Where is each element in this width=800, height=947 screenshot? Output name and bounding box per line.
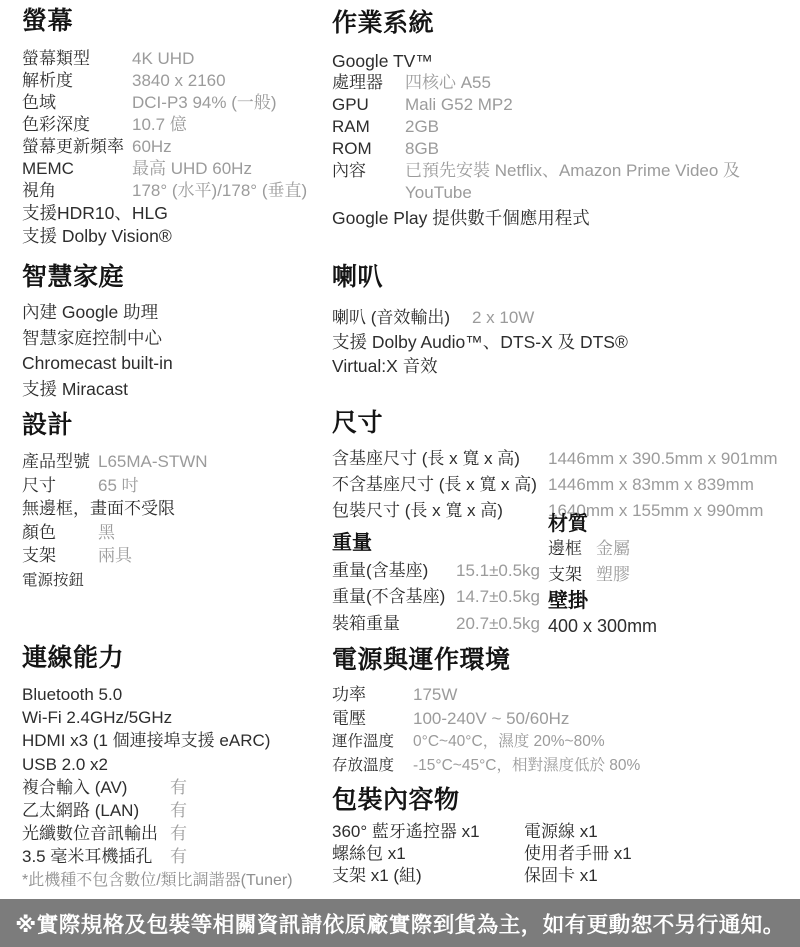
section-screen: 螢幕 螢幕類型 4K UHD 解析度 3840 x 2160 色域 DCI-P3… (22, 6, 327, 248)
spec-label: 色彩深度 (22, 114, 132, 136)
spec-value: 10.7 億 (132, 114, 187, 136)
spec-label: 電壓 (332, 707, 413, 731)
wall-mount-value: 400 x 300mm (548, 613, 794, 639)
table-row: 顏色 黑 (22, 521, 327, 545)
section-weight-title: 重量 (332, 530, 547, 556)
table-row: 產品型號 L65MA-STWN (22, 450, 327, 474)
table-row: ROM 8GB (332, 138, 794, 160)
section-material: 材質 邊框 金屬 支架 塑膠 壁掛 400 x 300mm (548, 512, 794, 639)
spec-label: GPU (332, 94, 405, 116)
table-row: 喇叭 (音效輸出) 2 x 10W (332, 306, 794, 330)
spec-value: 四核心 A55 (405, 72, 491, 94)
section-package: 包裝內容物 360° 藍牙遙控器 x1 電源線 x1 螺絲包 x1 使用者手冊 … (332, 785, 797, 886)
package-item: 360° 藍牙遙控器 x1 (332, 821, 524, 843)
package-item: 螺絲包 x1 (332, 843, 524, 865)
section-power-title: 電源與運作環境 (332, 645, 800, 675)
spec-value: 有 (170, 845, 187, 868)
spec-line: 支援 Miracast (22, 377, 327, 403)
spec-value: 4K UHD (132, 48, 194, 70)
spec-value: DCI-P3 94% (一般) (132, 92, 277, 114)
section-connectivity-title: 連線能力 (22, 643, 334, 673)
spec-label: 視角 (22, 180, 132, 202)
spec-label: 顏色 (22, 521, 98, 545)
spec-value: 100-240V ~ 50/60Hz (413, 707, 569, 731)
spec-value: 15.1±0.5kg (456, 558, 540, 584)
spec-value: 14.7±0.5kg (456, 584, 540, 610)
spec-value: L65MA-STWN (98, 450, 208, 474)
spec-line: 智慧家庭控制中心 (22, 326, 327, 352)
disclaimer-text: ※實際規格及包裝等相關資訊請依原廠實際到貨為主，如有更動恕不另行通知。 (15, 908, 784, 939)
spec-value: 有 (170, 822, 187, 845)
spec-value: 金屬 (596, 536, 630, 562)
spec-value: 2GB (405, 116, 439, 138)
table-row: 功率 175W (332, 683, 800, 707)
table-row: 內容 已預先安裝 Netflix、Amazon Prime Video 及 Yo… (332, 160, 794, 204)
spec-label: MEMC (22, 158, 132, 180)
disclaimer-bar: ※實際規格及包裝等相關資訊請依原廠實際到貨為主，如有更動恕不另行通知。 (0, 899, 800, 947)
section-os: 作業系統 Google TV™ 處理器 四核心 A55 GPU Mali G52… (332, 8, 794, 230)
spec-line: Chromecast built-in (22, 351, 327, 377)
spec-value: 60Hz (132, 136, 172, 158)
spec-label: 不含基座尺寸 (長 x 寬 x 高) (332, 472, 548, 498)
table-row: 裝箱重量 20.7±0.5kg (332, 611, 547, 637)
table-row: 重量(不含基座) 14.7±0.5kg (332, 584, 547, 610)
table-row: 色彩深度 10.7 億 (22, 114, 327, 136)
section-speaker: 喇叭 喇叭 (音效輸出) 2 x 10W 支援 Dolby Audio™、DTS… (332, 262, 794, 378)
section-smart-home-title: 智慧家庭 (22, 262, 327, 292)
spec-value: 8GB (405, 138, 439, 160)
table-row: 電壓 100-240V ~ 50/60Hz (332, 707, 800, 731)
spec-label: 邊框 (548, 536, 596, 562)
spec-value: 1446mm x 390.5mm x 901mm (548, 446, 778, 472)
spec-label: 喇叭 (音效輸出) (332, 306, 472, 330)
section-connectivity: 連線能力 Bluetooth 5.0 Wi-Fi 2.4GHz/5GHz HDM… (22, 643, 334, 893)
spec-line: 內建 Google 助理 (22, 300, 327, 326)
spec-label: 解析度 (22, 70, 132, 92)
table-row: 重量(含基座) 15.1±0.5kg (332, 558, 547, 584)
spec-value: 2 x 10W (472, 306, 534, 330)
spec-label: 運作溫度 (332, 730, 413, 754)
spec-label: 複合輸入 (AV) (22, 776, 170, 799)
spec-value: 已預先安裝 Netflix、Amazon Prime Video 及 YouTu… (405, 160, 794, 204)
package-item: 支架 x1 (組) (332, 865, 524, 887)
spec-value: 黑 (98, 521, 115, 545)
spec-value: 0°C~40°C，濕度 20%~80% (413, 730, 605, 754)
spec-label: 支架 (22, 544, 98, 568)
spec-value: 20.7±0.5kg (456, 611, 540, 637)
spec-line: 支援HDR10、HLG (22, 202, 327, 225)
table-row: 螢幕更新頻率 60Hz (22, 136, 327, 158)
section-wall-mount-title: 壁掛 (548, 589, 794, 613)
table-row: 存放溫度 -15°C~45°C，相對濕度低於 80% (332, 754, 800, 778)
spec-value: 175W (413, 683, 457, 707)
spec-label: RAM (332, 116, 405, 138)
table-row: 乙太網路 (LAN) 有 (22, 799, 334, 822)
spec-label: 螢幕類型 (22, 48, 132, 70)
spec-value: Mali G52 MP2 (405, 94, 513, 116)
spec-line: 電源按鈕 (22, 568, 327, 593)
spec-value: 有 (170, 799, 187, 822)
spec-line: Virtual:X 音效 (332, 354, 794, 378)
spec-value: 有 (170, 776, 187, 799)
spec-line: HDMI x3 (1 個連接埠支援 eARC) (22, 729, 334, 752)
spec-value: 3840 x 2160 (132, 70, 226, 92)
spec-label: 產品型號 (22, 450, 98, 474)
table-row: MEMC 最高 UHD 60Hz (22, 158, 327, 180)
table-row: 邊框 金屬 (548, 536, 794, 562)
section-os-title: 作業系統 (332, 8, 794, 38)
table-row: 光纖數位音訊輸出 有 (22, 822, 334, 845)
package-item: 使用者手冊 x1 (524, 843, 632, 865)
table-row: 含基座尺寸 (長 x 寬 x 高) 1446mm x 390.5mm x 901… (332, 446, 800, 472)
section-smart-home: 智慧家庭 內建 Google 助理 智慧家庭控制中心 Chromecast bu… (22, 262, 327, 402)
table-row: 尺寸 65 吋 (22, 474, 327, 498)
table-row: 支架 x1 (組) 保固卡 x1 (332, 865, 797, 887)
spec-label: 色域 (22, 92, 132, 114)
table-row: 處理器 四核心 A55 (332, 72, 794, 94)
spec-label: 內容 (332, 160, 405, 182)
table-row: 不含基座尺寸 (長 x 寬 x 高) 1446mm x 83mm x 839mm (332, 472, 800, 498)
section-power: 電源與運作環境 功率 175W 電壓 100-240V ~ 50/60Hz 運作… (332, 645, 800, 777)
spec-value: 兩具 (98, 544, 132, 568)
spec-value: -15°C~45°C，相對濕度低於 80% (413, 754, 640, 778)
spec-line: 支援 Dolby Vision® (22, 225, 327, 248)
table-row: 支架 兩具 (22, 544, 327, 568)
spec-value: 65 吋 (98, 474, 139, 498)
spec-label: 3.5 毫米耳機插孔 (22, 845, 170, 868)
spec-label: 功率 (332, 683, 413, 707)
spec-label: 包裝尺寸 (長 x 寬 x 高) (332, 498, 548, 524)
spec-label: ROM (332, 138, 405, 160)
table-row: 360° 藍牙遙控器 x1 電源線 x1 (332, 821, 797, 843)
spec-label: 支架 (548, 562, 596, 588)
section-design: 設計 產品型號 L65MA-STWN 尺寸 65 吋 無邊框，畫面不受限 顏色 … (22, 410, 327, 593)
table-row: 螢幕類型 4K UHD (22, 48, 327, 70)
table-row: 運作溫度 0°C~40°C，濕度 20%~80% (332, 730, 800, 754)
spec-line: 無邊框，畫面不受限 (22, 497, 327, 521)
spec-value: 最高 UHD 60Hz (132, 158, 252, 180)
table-row: 螺絲包 x1 使用者手冊 x1 (332, 843, 797, 865)
table-row: 複合輸入 (AV) 有 (22, 776, 334, 799)
tuner-note: *此機種不包含數位/類比調諧器(Tuner) (22, 869, 334, 893)
spec-line: Wi-Fi 2.4GHz/5GHz (22, 706, 334, 729)
spec-label: 光纖數位音訊輸出 (22, 822, 170, 845)
spec-label: 重量(不含基座) (332, 584, 456, 610)
table-row: 解析度 3840 x 2160 (22, 70, 327, 92)
spec-line: Bluetooth 5.0 (22, 683, 334, 706)
section-screen-title: 螢幕 (22, 6, 327, 36)
spec-label: 乙太網路 (LAN) (22, 799, 170, 822)
spec-value: 塑膠 (596, 562, 630, 588)
table-row: 視角 178° (水平)/178° (垂直) (22, 180, 327, 202)
section-material-title: 材質 (548, 512, 794, 536)
section-design-title: 設計 (22, 410, 327, 440)
spec-label: 裝箱重量 (332, 611, 456, 637)
table-row: 色域 DCI-P3 94% (一般) (22, 92, 327, 114)
section-speaker-title: 喇叭 (332, 262, 794, 292)
section-weight: 重量 重量(含基座) 15.1±0.5kg 重量(不含基座) 14.7±0.5k… (332, 530, 547, 637)
spec-value: 1446mm x 83mm x 839mm (548, 472, 754, 498)
table-row: RAM 2GB (332, 116, 794, 138)
spec-line: Google Play 提供數千個應用程式 (332, 206, 794, 230)
section-dimensions-title: 尺寸 (332, 408, 800, 438)
table-row: GPU Mali G52 MP2 (332, 94, 794, 116)
table-row: 3.5 毫米耳機插孔 有 (22, 845, 334, 868)
spec-line: USB 2.0 x2 (22, 753, 334, 776)
spec-value: 178° (水平)/178° (垂直) (132, 180, 307, 202)
table-row: 支架 塑膠 (548, 562, 794, 588)
spec-label: 尺寸 (22, 474, 98, 498)
package-item: 電源線 x1 (524, 821, 598, 843)
spec-label: 螢幕更新頻率 (22, 136, 132, 158)
spec-label: 含基座尺寸 (長 x 寬 x 高) (332, 446, 548, 472)
spec-line: Google TV™ (332, 50, 794, 72)
spec-label: 重量(含基座) (332, 558, 456, 584)
spec-label: 存放溫度 (332, 754, 413, 778)
spec-label: 處理器 (332, 72, 405, 94)
section-package-title: 包裝內容物 (332, 785, 797, 815)
section-dimensions: 尺寸 含基座尺寸 (長 x 寬 x 高) 1446mm x 390.5mm x … (332, 408, 800, 524)
spec-line: 支援 Dolby Audio™、DTS-X 及 DTS® (332, 330, 794, 354)
package-item: 保固卡 x1 (524, 865, 598, 887)
